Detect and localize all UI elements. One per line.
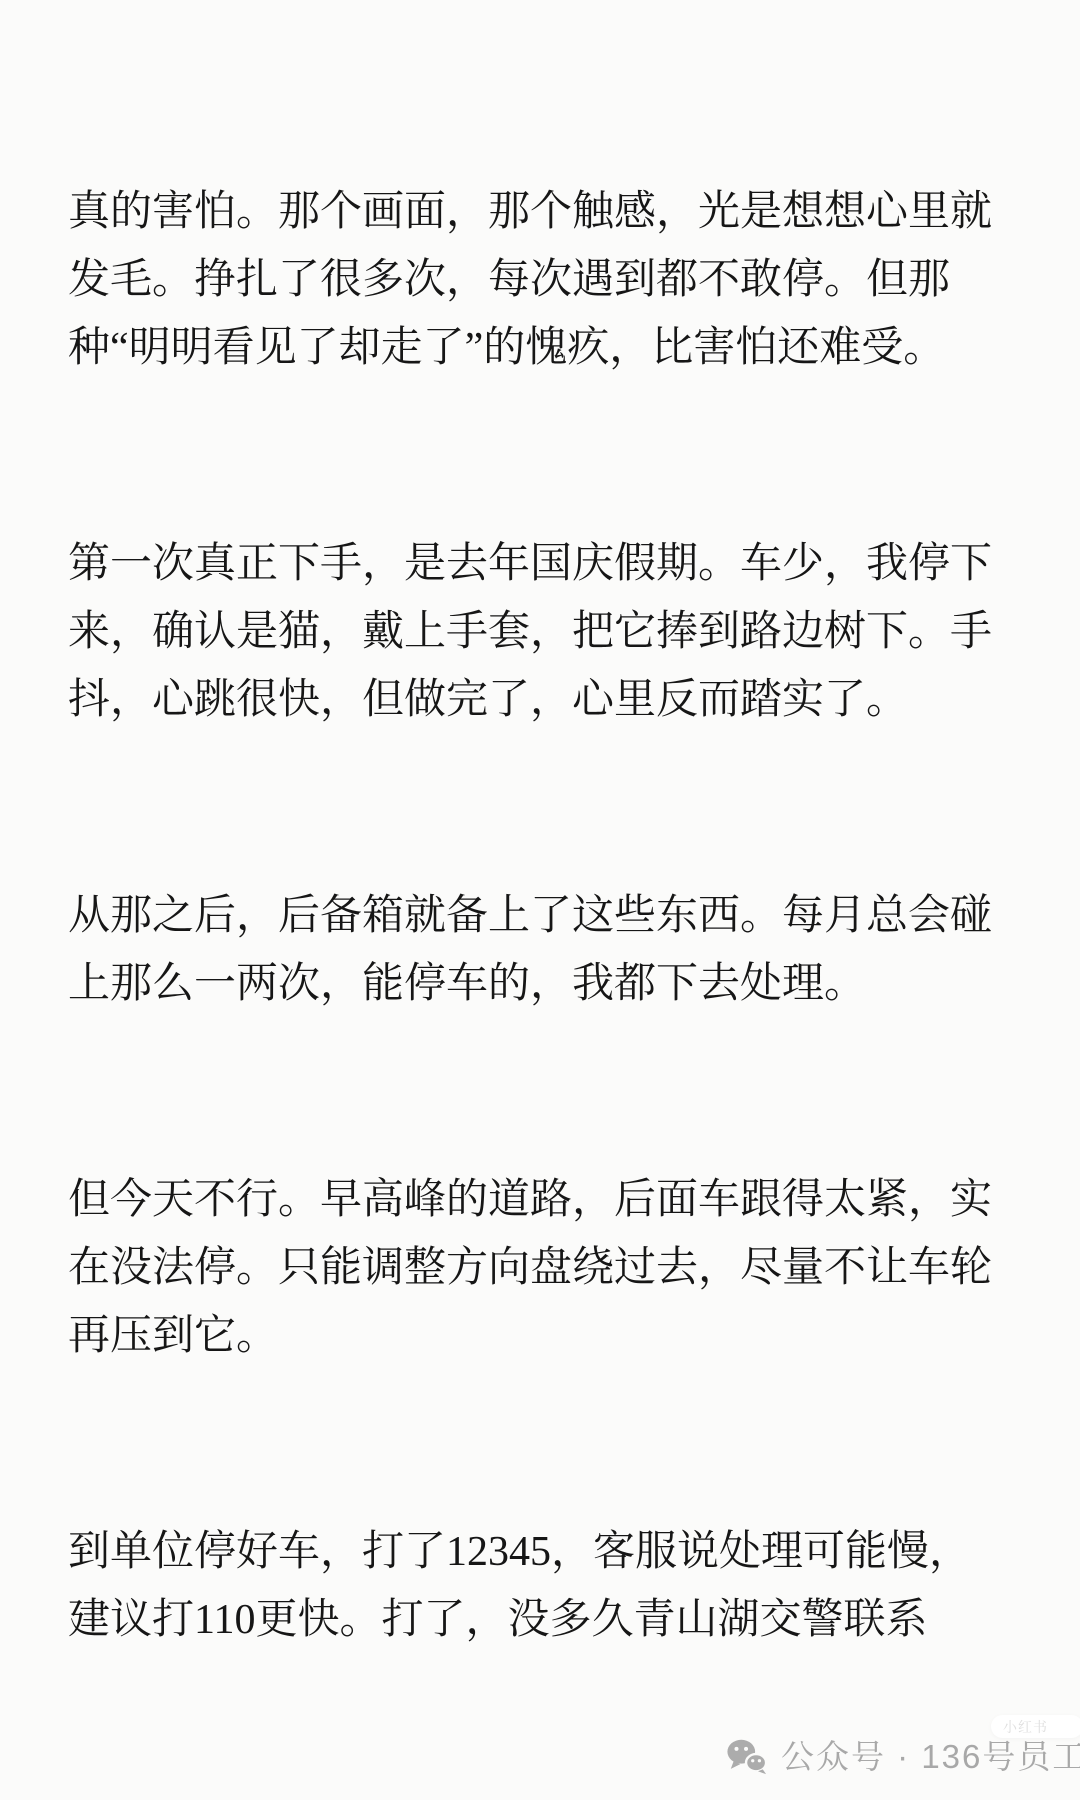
paragraph-3: 从那之后，后备箱就备上了这些东西。每月总会碰 上那么一两次，能停车的，我都下去处…	[68, 882, 1014, 1018]
wechat-icon	[726, 1738, 768, 1775]
paragraph-1: 真的害怕。那个画面，那个触感，光是想想心里就 发毛。挣扎了很多次，每次遇到都不敢…	[68, 178, 1014, 382]
paragraph-4: 但今天不行。早高峰的道路，后面车跟得太紧，实 在没法停。只能调整方向盘绕过去，尽…	[68, 1166, 1014, 1370]
watermark-footer: 公众号 · 136号员工	[726, 1738, 1080, 1775]
paragraph-2: 第一次真正下手，是去年国庆假期。车少，我停下 来，确认是猫，戴上手套，把它捧到路…	[68, 530, 1014, 734]
article-page[interactable]: 真的害怕。那个画面，那个触感，光是想想心里就 发毛。挣扎了很多次，每次遇到都不敢…	[0, 0, 1080, 1800]
paragraph-5: 到单位停好车，打了12345，客服说处理可能慢， 建议打110更快。打了，没多久…	[68, 1518, 1014, 1654]
article-body: 真的害怕。那个画面，那个触感，光是想想心里就 发毛。挣扎了很多次，每次遇到都不敢…	[68, 0, 1014, 1800]
watermark-text: 公众号 · 136号员工	[781, 1739, 1080, 1775]
faint-app-watermark: 小红书	[991, 1715, 1080, 1738]
